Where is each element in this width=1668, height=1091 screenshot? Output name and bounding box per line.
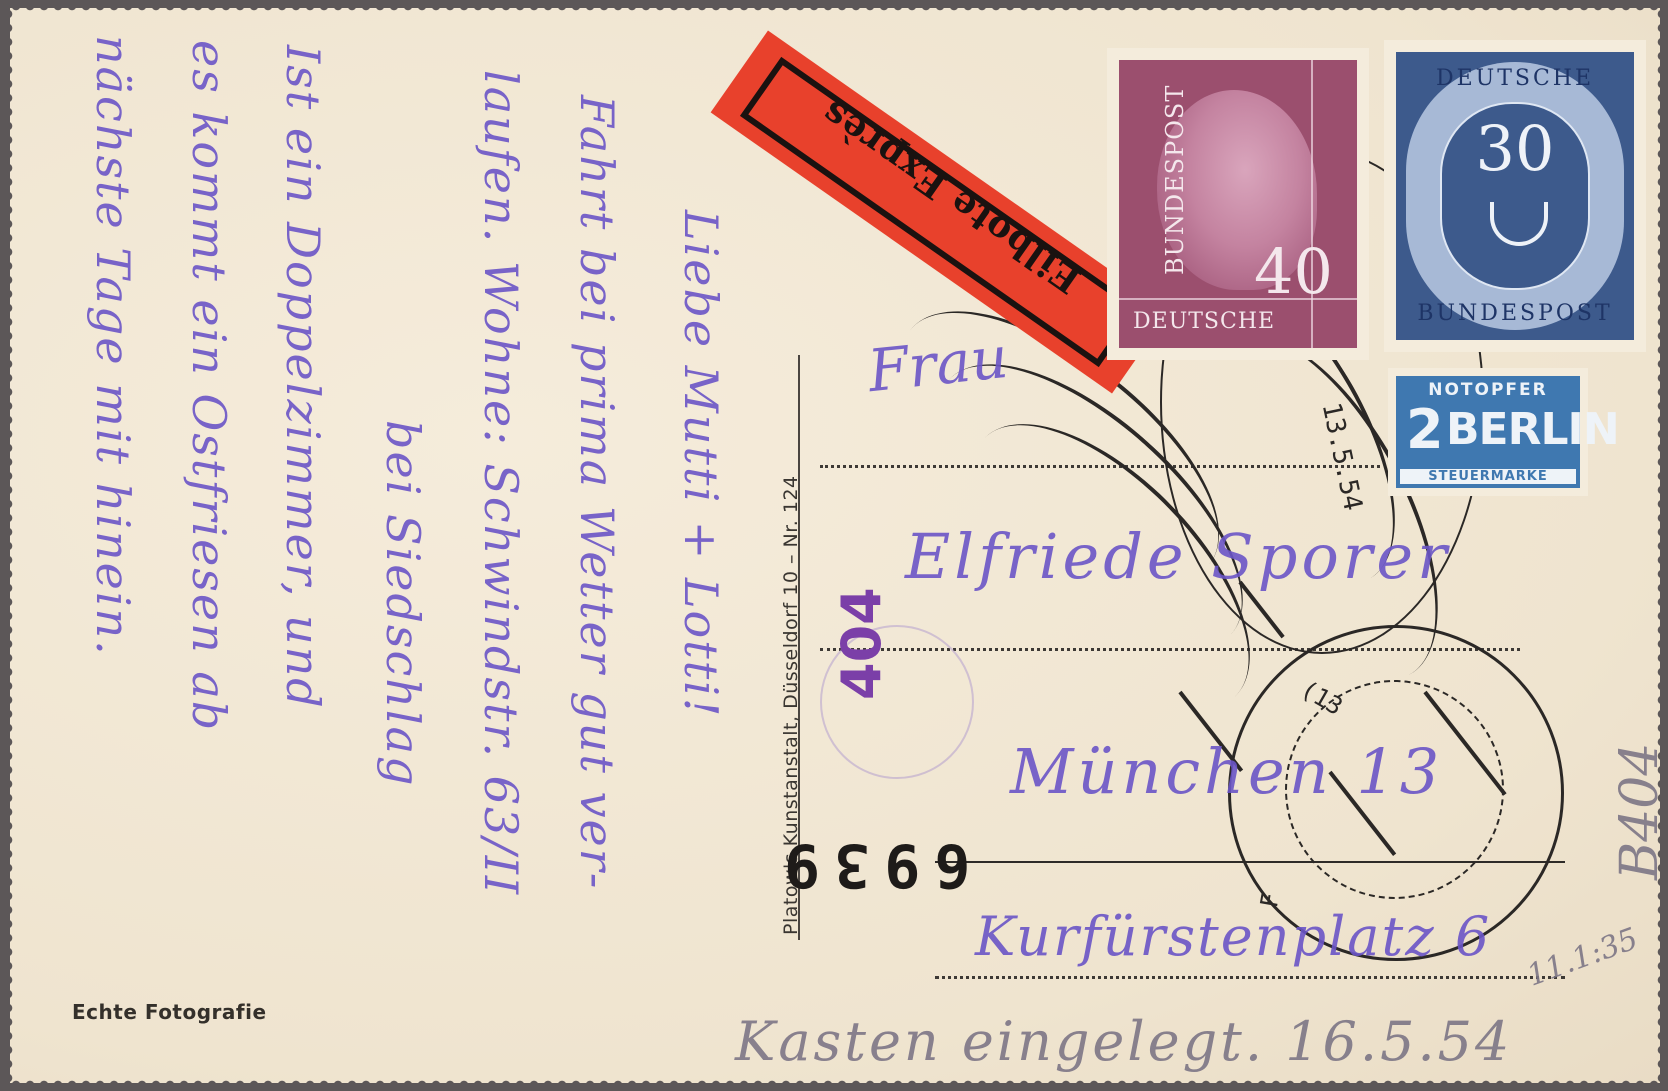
stamp-notopfer-berlin: NOTOPFER 2 BERLIN STEUERMARKE — [1388, 368, 1588, 496]
address-line-4: Kurfürstenplatz 6 — [975, 905, 1491, 968]
deckled-edge-left — [8, 8, 16, 1083]
address-line-1: Frau — [865, 323, 1011, 405]
stamp-value: 40 — [1254, 235, 1333, 308]
stamp-30-posthorn: DEUTSCHE 30 BUNDESPOST — [1384, 40, 1646, 352]
stamp-top-text: BUNDESPOST — [1161, 85, 1189, 275]
message-line: laufen. Wohne: Schwindstr. 63/II — [474, 70, 528, 896]
message-line: Ist ein Doppelzimmer, und — [276, 45, 330, 710]
deckled-edge-top — [10, 6, 1660, 14]
address-dotted-line-3 — [935, 976, 1565, 979]
message-line: es kommt ein Ostfriesen ab — [182, 40, 236, 732]
pencil-note-right: B404 — [1610, 743, 1668, 880]
message-line: Fahrt bei prima Wetter gut ver- — [570, 95, 624, 890]
message-line: Liebe Mutti + Lotti! — [674, 210, 728, 718]
violet-mark: 404 — [830, 587, 893, 700]
stamp-bottom-text: STEUERMARKE — [1400, 469, 1576, 484]
stamp-main-text: BERLIN — [1446, 404, 1619, 455]
stamp-value: 30 — [1396, 112, 1634, 185]
deckled-edge-bottom — [10, 1077, 1660, 1085]
address-line-3: München 13 — [1010, 735, 1443, 808]
stamp-value: 2 — [1406, 398, 1444, 461]
deckled-edge-right — [1654, 8, 1662, 1083]
pencil-note-bottom: Kasten eingelegt. 16.5.54 — [735, 1010, 1512, 1073]
address-line-2: Elfriede Sporer — [905, 520, 1451, 593]
stamp-40-heuss: 40 BUNDESPOST DEUTSCHE — [1107, 48, 1369, 360]
registration-number: 6939 — [770, 830, 971, 900]
message-line: bei Siedschlag — [376, 420, 430, 787]
stamp-top-text: DEUTSCHE — [1396, 66, 1634, 91]
stamp-bottom-text: BUNDESPOST — [1396, 301, 1634, 326]
message-line: nächste Tage mit hinein. — [86, 35, 140, 657]
stamp-bottom-text: DEUTSCHE — [1133, 309, 1275, 334]
photo-note: Echte Fotografie — [72, 1000, 267, 1024]
stamp-top-text: NOTOPFER — [1396, 380, 1580, 400]
